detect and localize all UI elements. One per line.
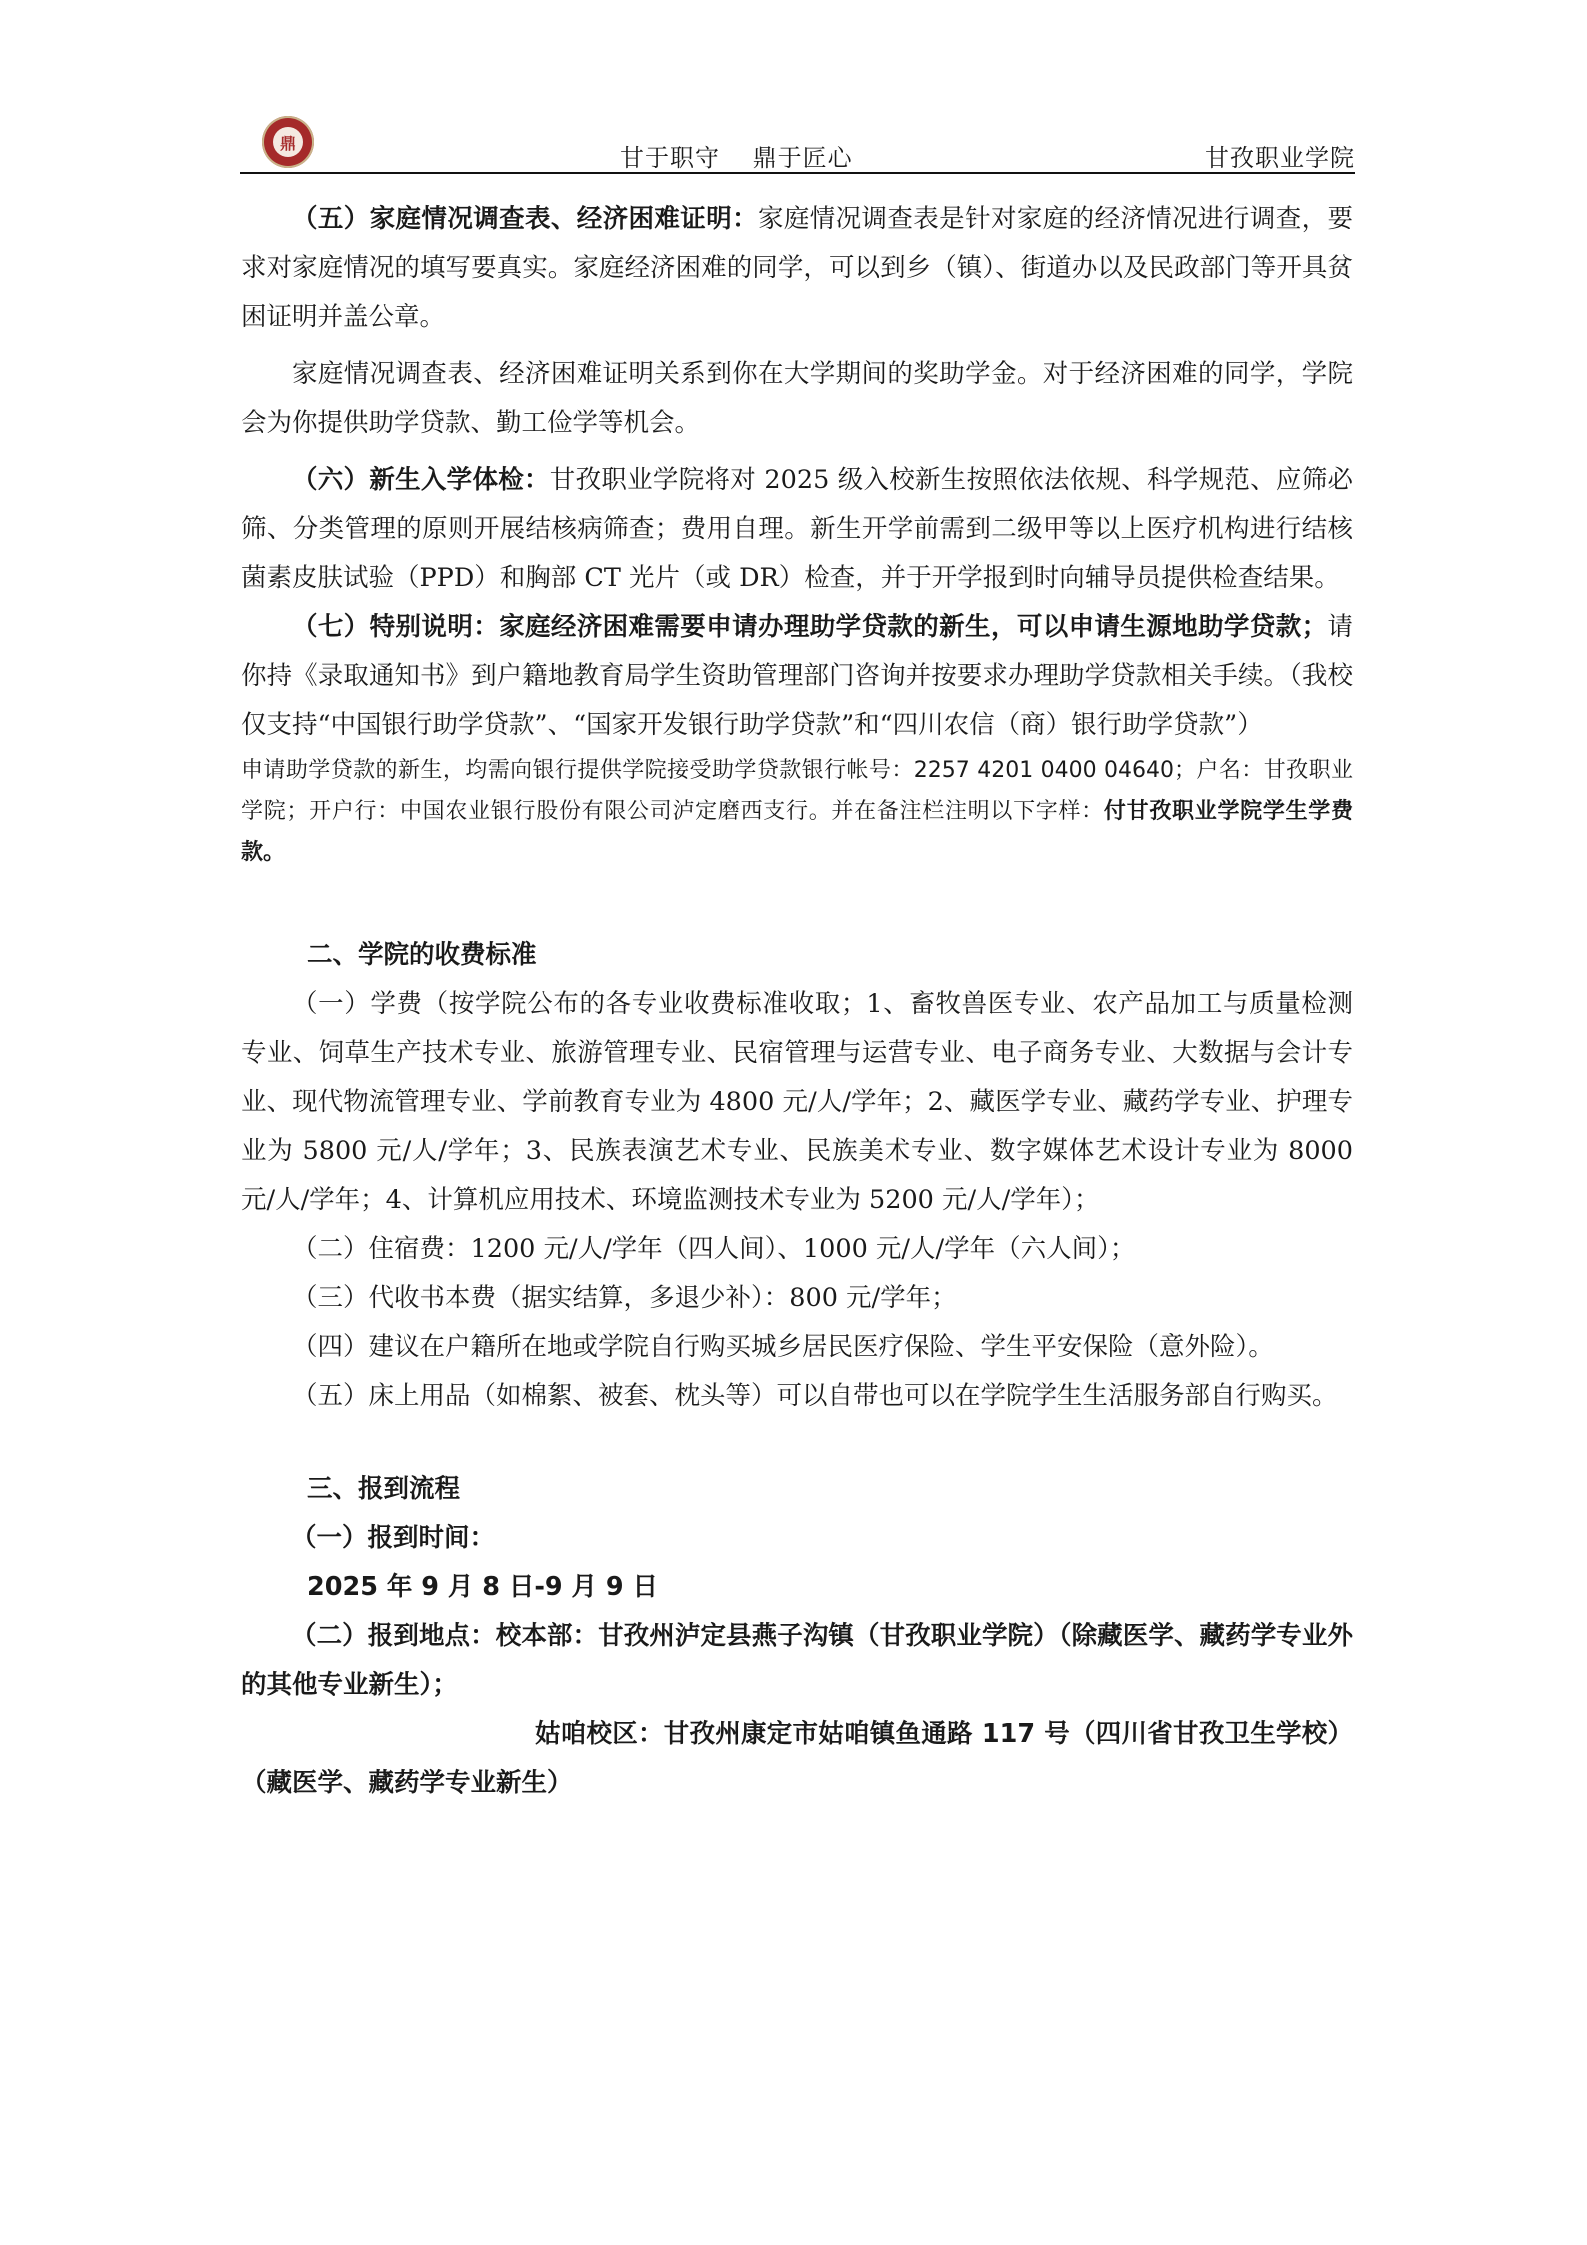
page-header: 鼎 甘于职守 鼎于匠心 甘孜职业学院 xyxy=(240,112,1355,174)
paragraph-label: （六）新生入学体检： xyxy=(292,465,550,495)
fees-books: （三）代收书本费（据实结算，多退少补）：800 元/学年； xyxy=(241,1274,1353,1323)
header-divider xyxy=(240,172,1355,174)
section-title-registration: 三、报到流程 xyxy=(241,1465,1353,1514)
paragraph-text: 家庭情况调查表、经济困难证明关系到你在大学期间的奖助学金。对于经济困难的同学，学… xyxy=(241,359,1353,438)
place-campus2-text: 姑咱校区：甘孜州康定市姑咱镇鱼通路 117 号（四川省甘孜卫生学校）（藏医学、藏… xyxy=(241,1719,1353,1798)
fees-bedding: （五）床上用品（如棉絮、被套、枕头等）可以自带也可以在学院学生生活服务部自行购买… xyxy=(241,1372,1353,1421)
fees-insurance: （四）建议在户籍所在地或学院自行购买城乡居民医疗保险、学生平安保险（意外险）。 xyxy=(241,1323,1353,1372)
paragraph-survey-purpose: 家庭情况调查表、经济困难证明关系到你在大学期间的奖助学金。对于经济困难的同学，学… xyxy=(241,350,1353,448)
fees-tuition: （一）学费（按学院公布的各专业收费标准收取；1、畜牧兽医专业、农产品加工与质量检… xyxy=(241,980,1353,1225)
registration-place-main: （二）报到地点：校本部：甘孜州泸定县燕子沟镇（甘孜职业学院）（除藏医学、藏药学专… xyxy=(241,1612,1353,1710)
registration-time-label: （一）报到时间： xyxy=(241,1514,1353,1563)
paragraph-special-note: （七）特别说明：家庭经济困难需要申请办理助学贷款的新生，可以申请生源地助学贷款；… xyxy=(241,603,1353,750)
registration-place-campus2: 姑咱校区：甘孜州康定市姑咱镇鱼通路 117 号（四川省甘孜卫生学校）（藏医学、藏… xyxy=(241,1710,1353,1808)
paragraph-family-survey: （五）家庭情况调查表、经济困难证明：家庭情况调查表是针对家庭的经济情况进行调查，… xyxy=(241,195,1353,342)
school-logo-icon: 鼎 xyxy=(262,116,314,168)
fees-lodging: （二）住宿费：1200 元/人/学年（四人间）、1000 元/人/学年（六人间）… xyxy=(241,1225,1353,1274)
paragraph-label: （五）家庭情况调查表、经济困难证明： xyxy=(292,204,758,234)
header-motto: 甘于职守 鼎于匠心 xyxy=(620,138,853,173)
logo-glyph: 鼎 xyxy=(273,127,303,157)
document-body: （五）家庭情况调查表、经济困难证明：家庭情况调查表是针对家庭的经济情况进行调查，… xyxy=(241,195,1353,1808)
paragraph-label: （七）特别说明：家庭经济困难需要申请办理助学贷款的新生，可以申请生源地助学贷款； xyxy=(292,612,1327,642)
bank-account-note: 申请助学贷款的新生，均需向银行提供学院接受助学贷款银行帐号：2257 4201 … xyxy=(241,750,1353,873)
section-title-fees: 二、学院的收费标准 xyxy=(241,931,1353,980)
registration-date: 2025 年 9 月 8 日-9 月 9 日 xyxy=(241,1563,1353,1612)
place-main-text: （二）报到地点：校本部：甘孜州泸定县燕子沟镇（甘孜职业学院）（除藏医学、藏药学专… xyxy=(241,1621,1353,1700)
header-school-name: 甘孜职业学院 xyxy=(1205,138,1355,173)
paragraph-health-check: （六）新生入学体检：甘孜职业学院将对 2025 级入校新生按照依法依规、科学规范… xyxy=(241,456,1353,603)
